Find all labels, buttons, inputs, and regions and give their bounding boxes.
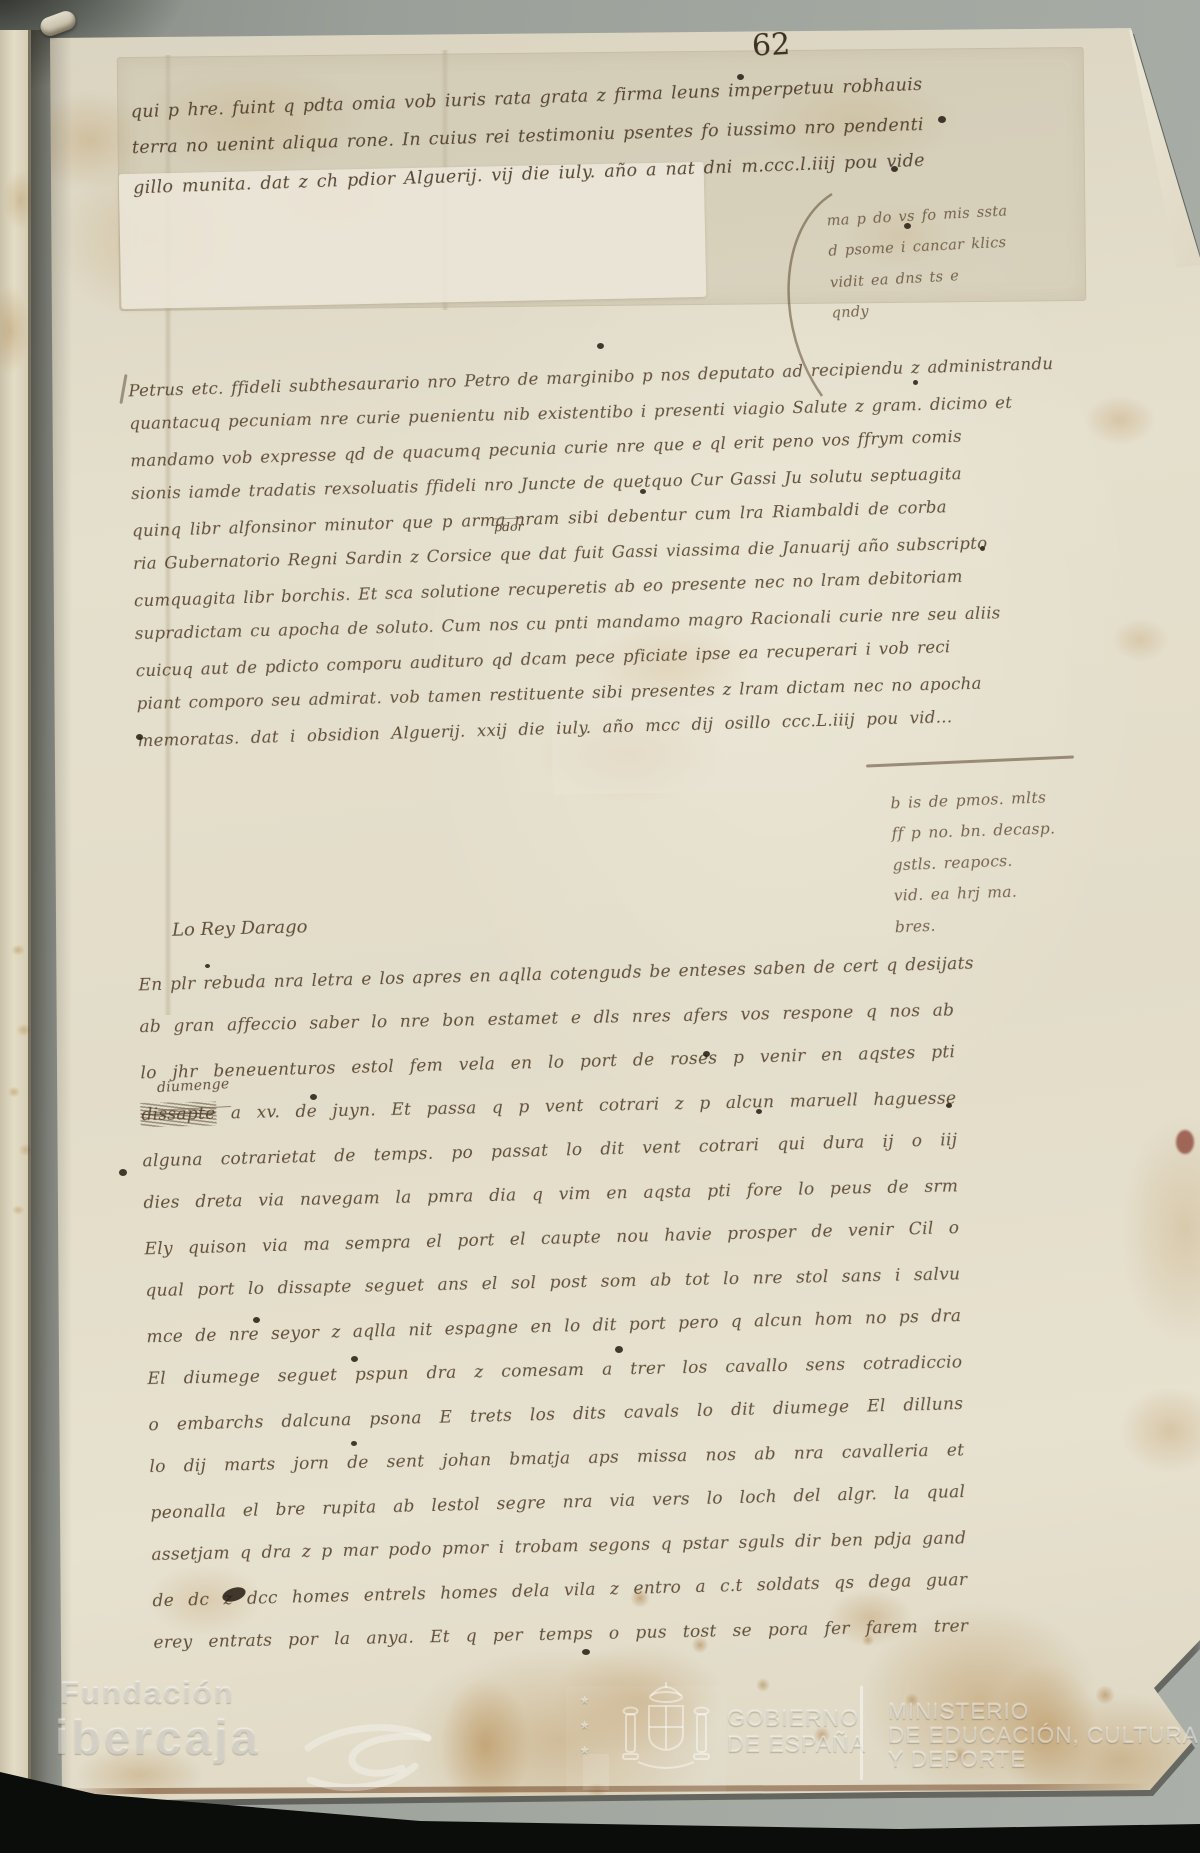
gobierno-logo-flag-rect	[583, 1754, 609, 1790]
ministerio-line2: DE EDUCACIÓN, CULTURA	[888, 1724, 1199, 1748]
ministerio-line1: MINISTERIO	[888, 1700, 1199, 1724]
watermark-divider	[860, 1686, 863, 1780]
gobierno-de-espana-watermark: GOBIERNO DE ESPAÑA	[727, 1705, 866, 1757]
ibercaja-swoosh-icon	[300, 1718, 435, 1798]
archival-photo-of-manuscript: { "colors": { "backdrop_gray": "#9aa099"…	[0, 0, 1200, 1853]
gobierno-line1: GOBIERNO	[727, 1705, 866, 1731]
fundacion-ibercaja-watermark-line2: ibercaja	[55, 1711, 260, 1766]
fundacion-ibercaja-watermark-line1: Fundación	[60, 1675, 235, 1711]
digitization-watermarks: Fundación ibercaja ★ ★ ★ GOBIERNO	[0, 0, 1200, 1853]
gobierno-logo-stars: ★ ★ ★	[572, 1694, 586, 1757]
spain-coat-of-arms-icon	[618, 1682, 714, 1782]
gobierno-line2: DE ESPAÑA	[727, 1731, 866, 1757]
ministerio-line3: Y DEPORTE	[888, 1748, 1199, 1772]
ministerio-watermark: MINISTERIO DE EDUCACIÓN, CULTURA Y DEPOR…	[888, 1700, 1199, 1772]
